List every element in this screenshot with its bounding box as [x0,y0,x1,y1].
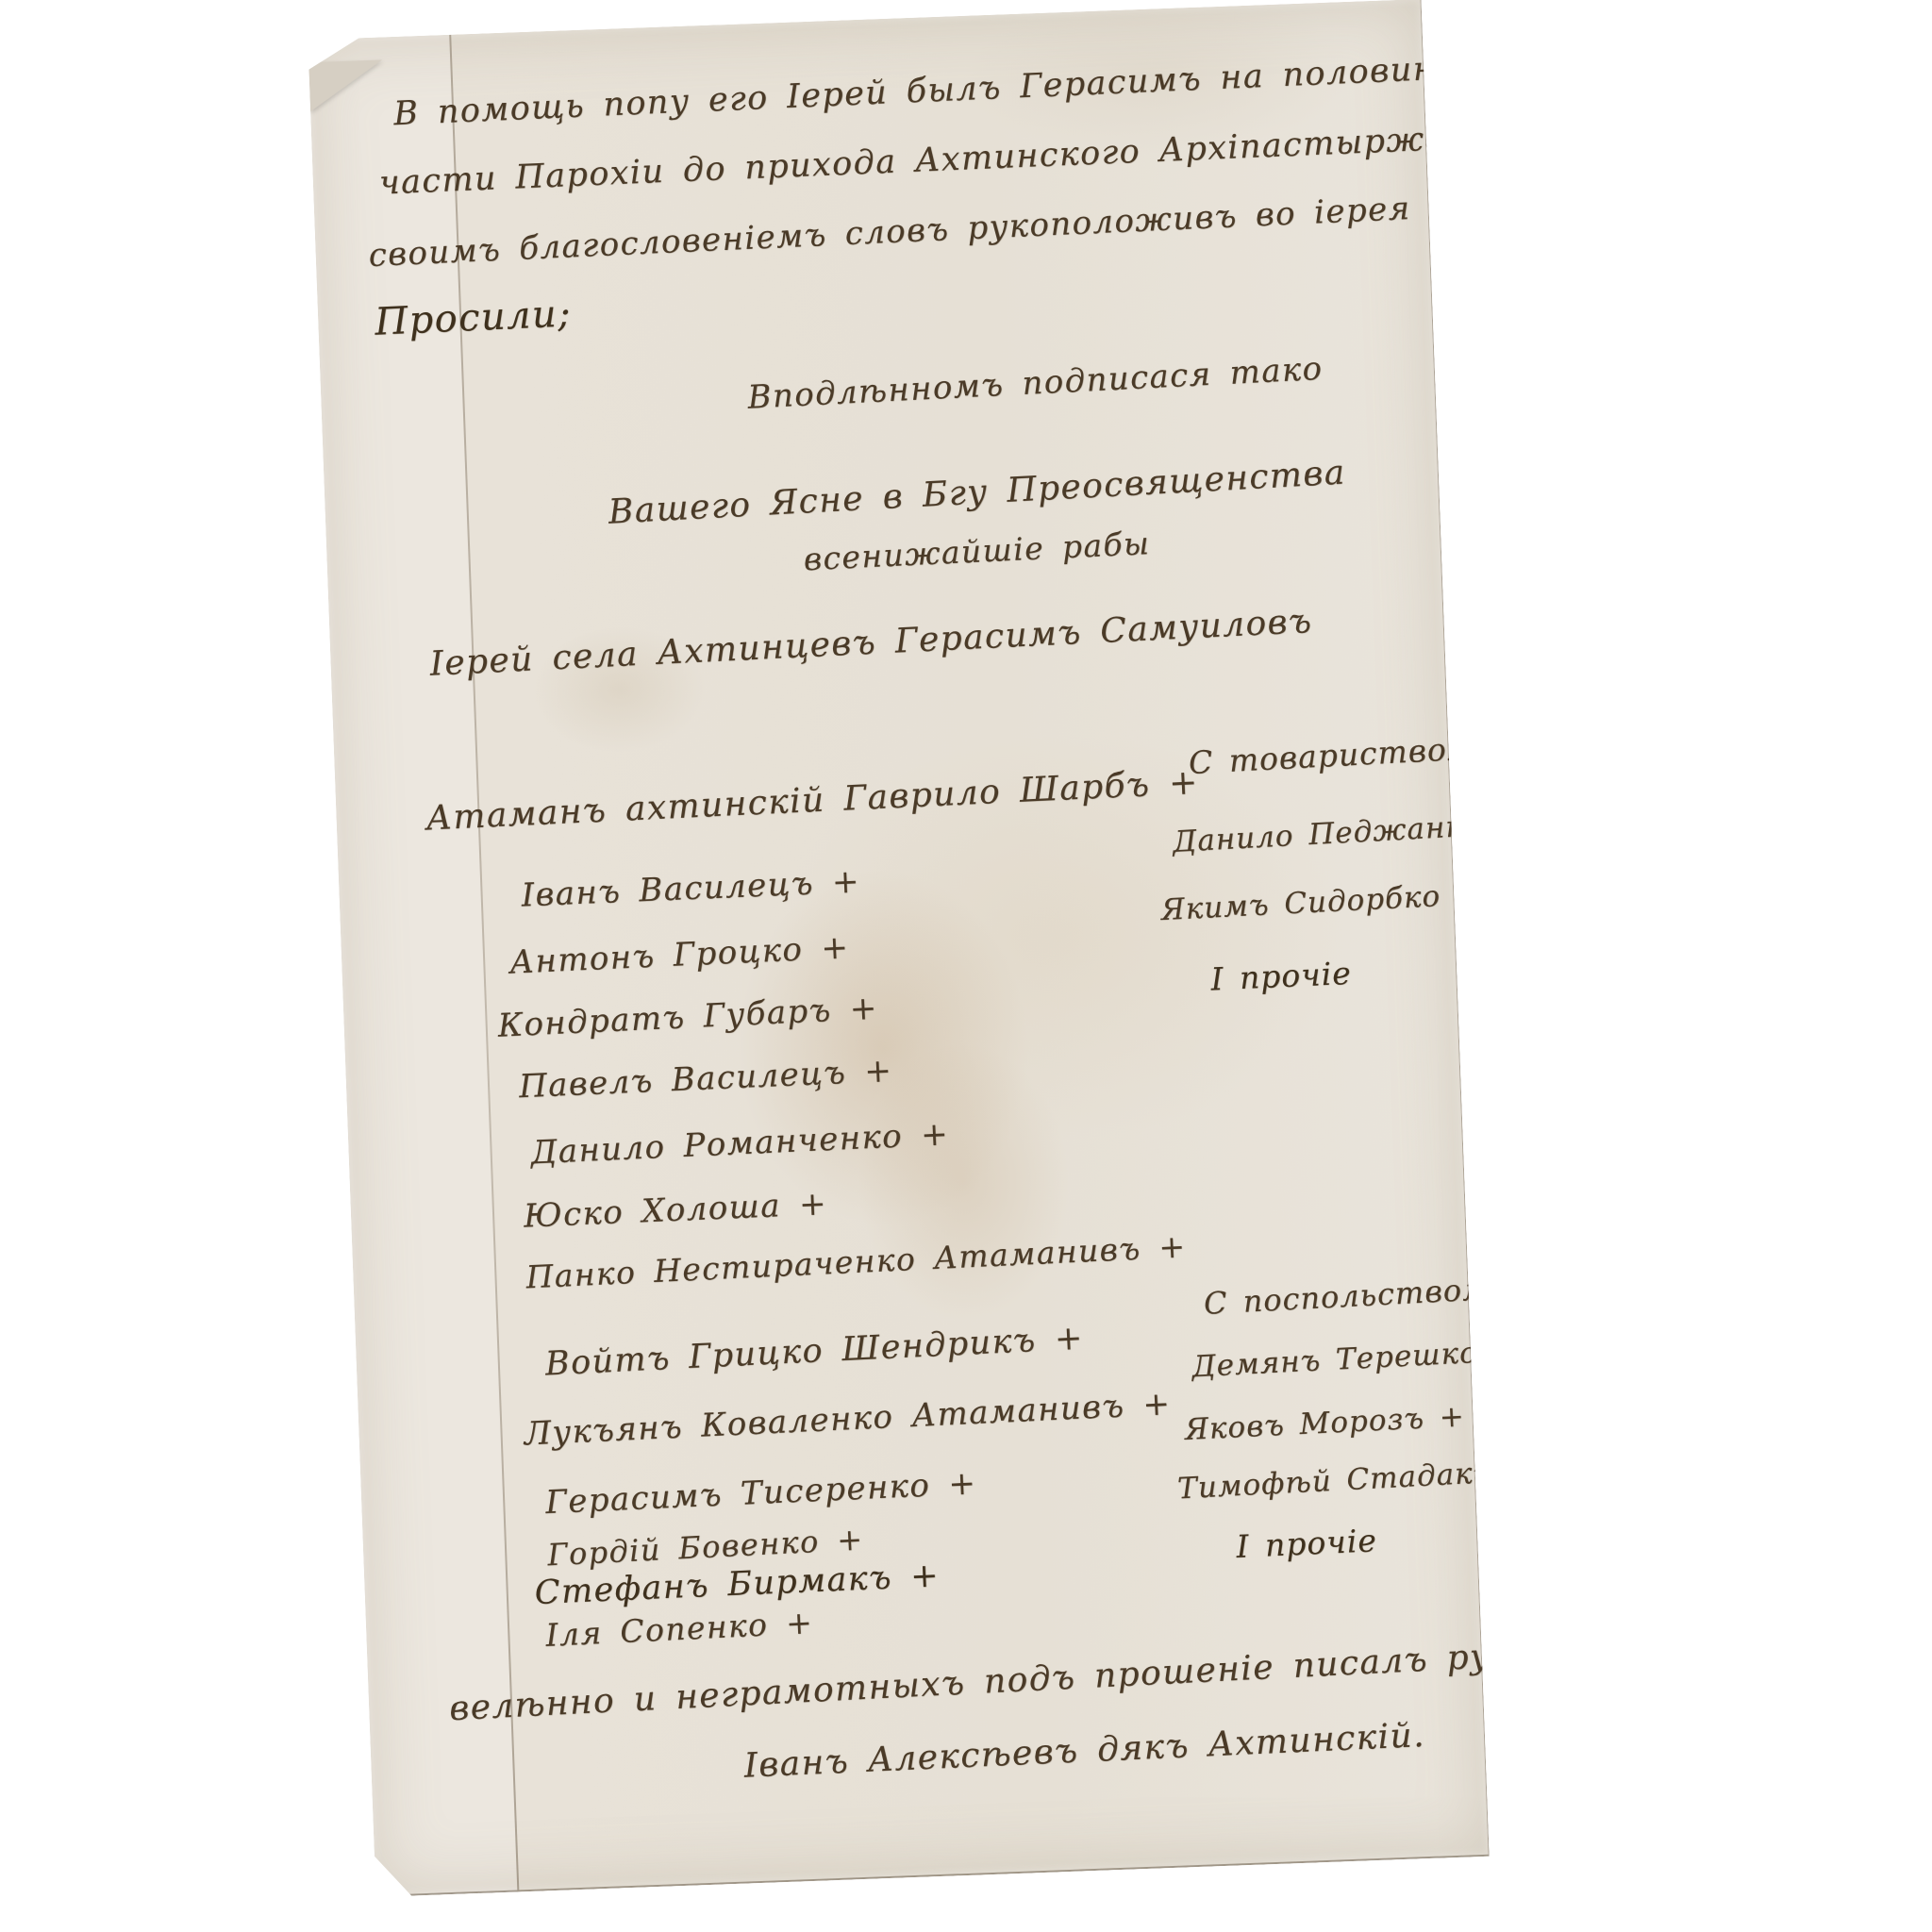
petition-line-2: части Парохіи до прихода Ахтинского Архі… [378,120,1446,202]
group1-right-name-3: І прочіе [1210,955,1353,998]
manuscript-photo-background: В помощь попу его Іерей былъ Герасимъ на… [0,0,1932,1932]
group2-left-name-2: Лукъянъ Коваленко Атаманивъ + [524,1385,1173,1453]
group1-left-name-5: Данило Романченко + [530,1115,950,1172]
group1-left-name-1: Іванъ Василецъ + [521,863,861,915]
priest-signature-line: Іерей села Ахтинцевъ Герасимъ Самуиловъ [429,602,1313,684]
group2-left-name-1: Войтъ Грицко Шендрикъ + [544,1320,1085,1384]
group2-right-name-4: І прочіе [1236,1522,1378,1565]
group1-right-name-1: Данило Педжантовъ + [1172,804,1572,859]
address-line-2: всенижайшіе рабы [803,525,1151,577]
folded-corner [308,59,384,111]
group2-header-right: С поспольствомъ [1203,1270,1510,1322]
group1-header-left: Атаманъ ахтинскій Гаврило Шарбъ + [425,763,1200,839]
paper-stains [308,0,1488,1895]
petition-line-4: Просили; [374,291,573,343]
group1-left-name-7: Панко Нестираченко Атаманивъ + [525,1227,1188,1295]
group1-left-name-2: Антонъ Гроцко + [508,928,850,981]
group1-left-name-4: Павелъ Василецъ + [518,1052,893,1106]
group2-right-name-3: Тимофѣй Стадакъ + [1176,1454,1535,1507]
petition-line-1: В помощь попу его Іерей былъ Герасимъ на… [392,45,1540,133]
group1-header-right: С товариствомъ [1188,728,1496,781]
attestation-line: Вподлѣнномъ подписася тако [747,350,1324,417]
address-line-1: Вашего Ясне в Бгу Преосвященства [608,453,1347,531]
group2-right-name-1: Демянъ Терешко + [1191,1334,1520,1384]
manuscript-page: В помощь попу его Іерей былъ Герасимъ на… [308,0,1489,1897]
group2-left-name-3: Герасимъ Тисеренко + [544,1464,977,1522]
scribe-line: Іванъ Алексѣевъ дякъ Ахтинскій. [743,1716,1426,1786]
group1-left-name-6: Юско Холоша + [523,1185,827,1235]
group1-left-name-3: Кондратъ Губаръ + [497,990,879,1045]
group2-right-name-2: Яковъ Морозъ + [1184,1400,1465,1447]
group1-right-name-2: Якимъ Сидорбко + [1160,877,1482,927]
group2-left-name-6: Іля Сопенко + [544,1604,814,1654]
